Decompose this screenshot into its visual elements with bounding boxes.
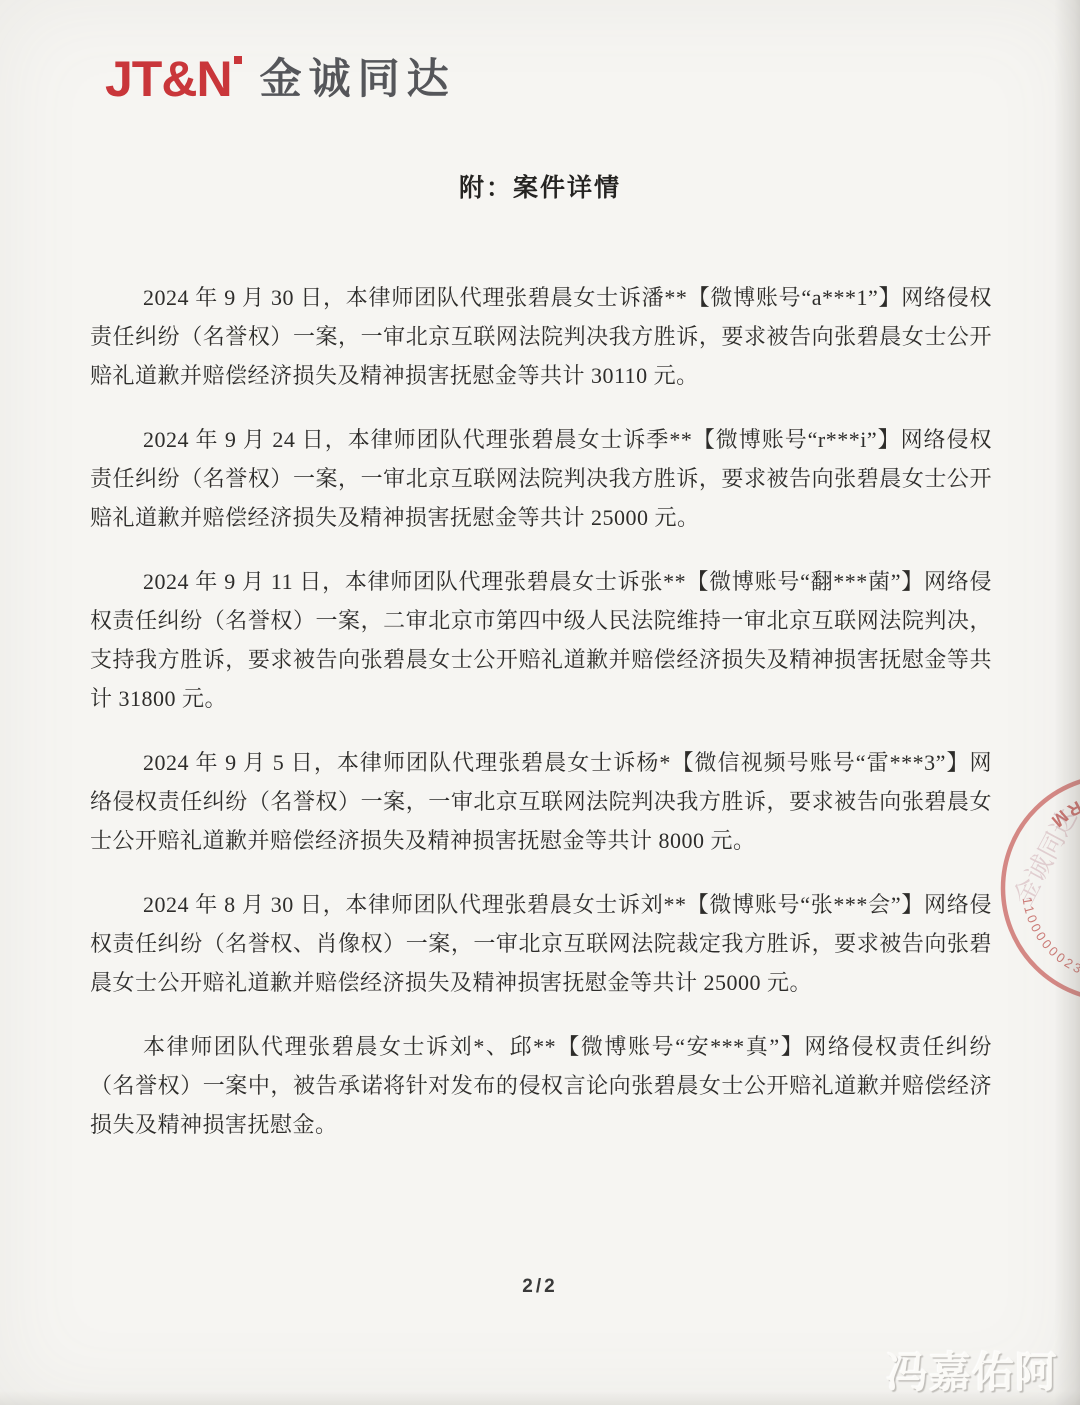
seal-arc-text: LAW FIRM xyxy=(1044,788,1080,834)
seal-center-text: 金诚同达 xyxy=(1008,804,1080,910)
logo-chinese-name: 金诚同达 xyxy=(260,54,456,104)
case-paragraph-3: 2024 年 9 月 11 日，本律师团队代理张碧晨女士诉张**【微博账号“翻*… xyxy=(90,562,992,718)
scanned-document-page: JT&N 金诚同达 附：案件详情 2024 年 9 月 30 日，本律师团队代理… xyxy=(0,0,1080,1405)
seal-outer-ring xyxy=(1003,776,1080,1000)
page-number: 2/2 xyxy=(0,1276,1080,1298)
firm-logo: JT&N 金诚同达 xyxy=(105,54,456,104)
case-paragraph-6: 本律师团队代理张碧晨女士诉刘*、邱**【微博账号“安***真”】网络侵权责任纠纷… xyxy=(90,1027,992,1144)
case-paragraph-4: 2024 年 9 月 5 日，本律师团队代理张碧晨女士诉杨*【微信视频号账号“雷… xyxy=(90,743,992,860)
case-paragraph-1: 2024 年 9 月 30 日，本律师团队代理张碧晨女士诉潘**【微博账号“a*… xyxy=(90,278,992,395)
watermark-text: 冯嘉佑阿 xyxy=(886,1340,1058,1400)
case-paragraph-5: 2024 年 8 月 30 日，本律师团队代理张碧晨女士诉刘**【微博账号“张*… xyxy=(90,885,992,1002)
case-details-body: 2024 年 9 月 30 日，本律师团队代理张碧晨女士诉潘**【微博账号“a*… xyxy=(90,278,992,1169)
seal-arc-number: 1100000023709 xyxy=(1020,896,1080,984)
logo-registered-mark-icon xyxy=(234,56,242,64)
attachment-title: 附：案件详情 xyxy=(0,168,1080,204)
law-firm-seal-stamp: LAW FIRM 1100000023709 金诚同达 xyxy=(985,756,1080,1024)
logo-jtn-text: JT&N xyxy=(105,54,232,104)
case-paragraph-2: 2024 年 9 月 24 日，本律师团队代理张碧晨女士诉季**【微博账号“r*… xyxy=(90,420,992,537)
scan-edge-shadow-right xyxy=(1054,0,1080,1405)
